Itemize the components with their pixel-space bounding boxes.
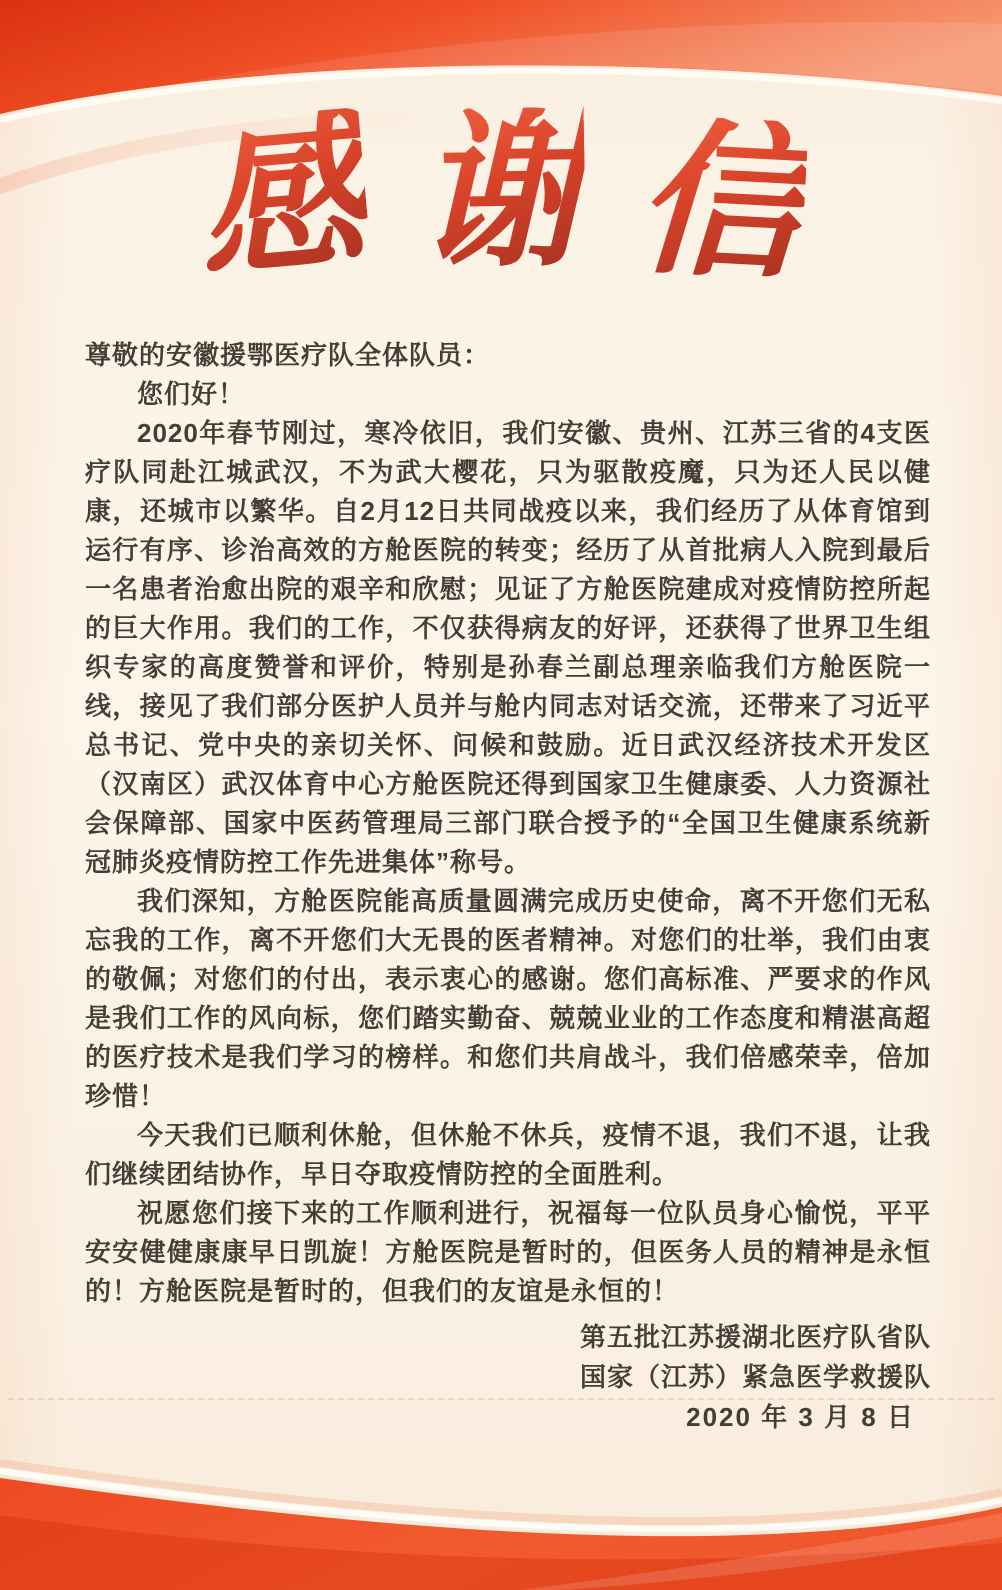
letter-body: 尊敬的安徽援鄂医疗队全体队员： 您们好！ 2020年春节刚过，寒冷依旧，我们安徽…: [85, 336, 931, 1437]
bottom-wave-decoration: [0, 1425, 1002, 1590]
signature-block: 第五批江苏援湖北医疗队省队国家（江苏）紧急医学救援队 2020 年 3 月 8 …: [85, 1317, 931, 1437]
top-wave-decoration: [0, 0, 1002, 300]
letter-page: 感 谢 信 尊敬的安徽援鄂医疗队全体队员： 您们好！ 2020年春节刚过，寒冷依…: [0, 0, 1002, 1590]
paragraph-4: 祝愿您们接下来的工作顺利进行，祝福每一位队员身心愉悦，平平安安健健康康早日凯旋！…: [85, 1194, 931, 1311]
signature-lines: 第五批江苏援湖北医疗队省队国家（江苏）紧急医学救援队: [85, 1317, 931, 1397]
paragraph-2: 我们深知，方舱医院能高质量圆满完成历史使命，离不开您们无私忘我的工作，离不开您们…: [85, 882, 931, 1116]
paragraph-1: 2020年春节刚过，寒冷依旧，我们安徽、贵州、江苏三省的4支医疗队同赴江城武汉，…: [85, 414, 931, 882]
signature-line-1: 第五批江苏援湖北医疗队省队: [85, 1317, 931, 1357]
dashed-separator: [8, 1398, 994, 1400]
paragraphs: 2020年春节刚过，寒冷依旧，我们安徽、贵州、江苏三省的4支医疗队同赴江城武汉，…: [85, 414, 931, 1311]
paragraph-3: 今天我们已顺利休舱，但休舱不休兵，疫情不退，我们不退，让我们继续团结协作，早日夺…: [85, 1116, 931, 1194]
signature-line-2: 国家（江苏）紧急医学救援队: [85, 1357, 931, 1397]
greeting: 您们好！: [85, 375, 931, 414]
salutation: 尊敬的安徽援鄂医疗队全体队员：: [85, 336, 931, 375]
